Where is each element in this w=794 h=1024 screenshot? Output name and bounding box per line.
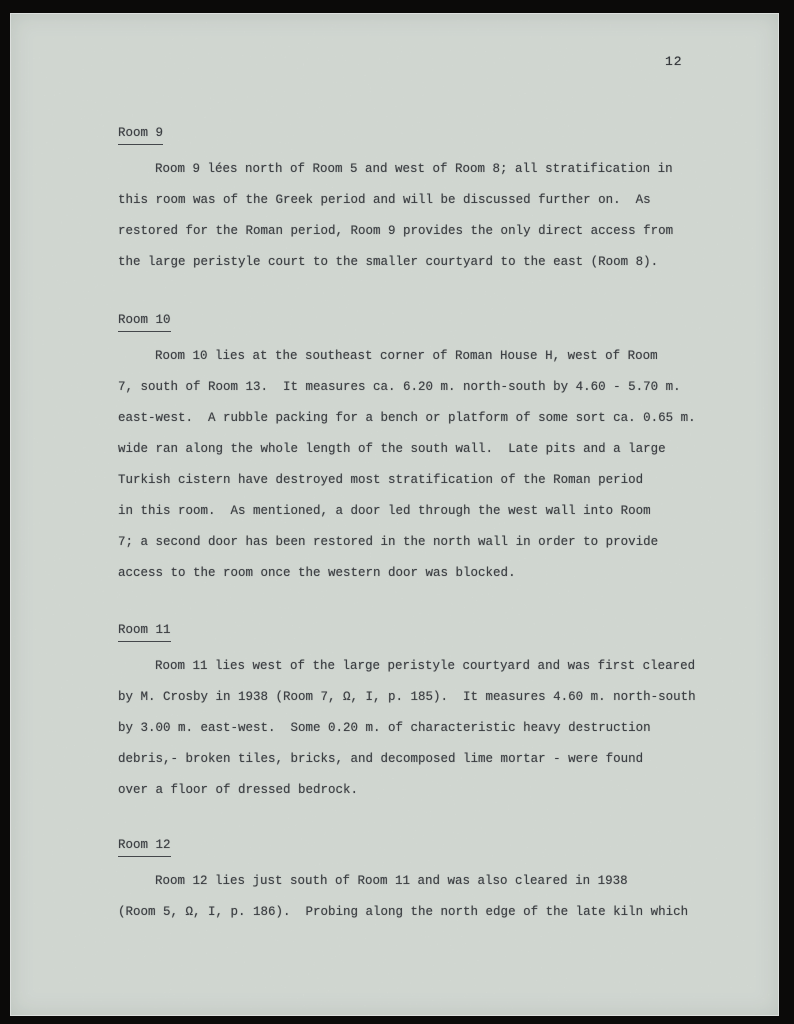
text-line: by M. Crosby in 1938 (Room 7, Ω, I, p. 1… — [118, 682, 739, 713]
text-line: (Room 5, Ω, I, p. 186). Probing along th… — [118, 897, 739, 928]
text-line: Turkish cistern have destroyed most stra… — [118, 465, 739, 496]
text-line: east-west. A rubble packing for a bench … — [118, 403, 739, 434]
text-line: over a floor of dressed bedrock. — [118, 775, 739, 806]
text-line: wide ran along the whole length of the s… — [118, 434, 739, 465]
text-line: Room 10 lies at the southeast corner of … — [118, 341, 739, 372]
section-heading: Room 10 — [118, 310, 171, 332]
text-line: this room was of the Greek period and wi… — [118, 185, 739, 216]
text-line: 7, south of Room 13. It measures ca. 6.2… — [118, 372, 739, 403]
scan-black-border: 12 Room 9Room 9 lées north of Room 5 and… — [0, 0, 794, 1024]
section-heading: Room 9 — [118, 123, 163, 145]
section-heading: Room 12 — [118, 835, 171, 857]
section-paragraph: Room 9 lées north of Room 5 and west of … — [118, 154, 739, 278]
section-room-9: Room 9Room 9 lées north of Room 5 and we… — [118, 123, 739, 278]
text-line: the large peristyle court to the smaller… — [118, 247, 739, 278]
section-room-12: Room 12Room 12 lies just south of Room 1… — [118, 835, 739, 928]
text-line: in this room. As mentioned, a door led t… — [118, 496, 739, 527]
section-paragraph: Room 11 lies west of the large peristyle… — [118, 651, 739, 806]
section-heading: Room 11 — [118, 620, 171, 642]
text-line: Room 11 lies west of the large peristyle… — [118, 651, 739, 682]
text-line: 7; a second door has been restored in th… — [118, 527, 739, 558]
section-paragraph: Room 10 lies at the southeast corner of … — [118, 341, 739, 589]
text-line: by 3.00 m. east-west. Some 0.20 m. of ch… — [118, 713, 739, 744]
text-line: access to the room once the western door… — [118, 558, 739, 589]
section-room-11: Room 11Room 11 lies west of the large pe… — [118, 620, 739, 806]
text-line: Room 9 lées north of Room 5 and west of … — [118, 154, 739, 185]
page-number: 12 — [665, 53, 683, 70]
section-paragraph: Room 12 lies just south of Room 11 and w… — [118, 866, 739, 928]
section-room-10: Room 10Room 10 lies at the southeast cor… — [118, 310, 739, 589]
text-line: Room 12 lies just south of Room 11 and w… — [118, 866, 739, 897]
text-line: restored for the Roman period, Room 9 pr… — [118, 216, 739, 247]
document-page: 12 Room 9Room 9 lées north of Room 5 and… — [10, 13, 779, 1016]
text-line: debris,- broken tiles, bricks, and decom… — [118, 744, 739, 775]
